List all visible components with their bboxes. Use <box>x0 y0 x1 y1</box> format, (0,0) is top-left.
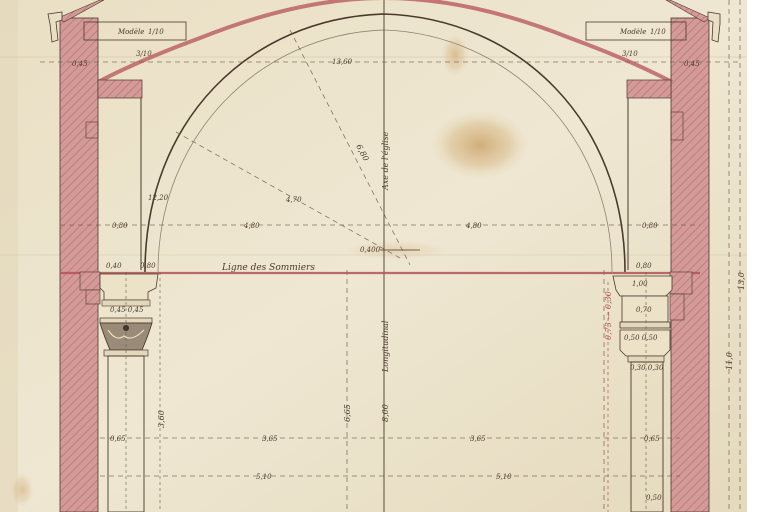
dim-span-top: 13,60 <box>332 58 353 66</box>
dim-half-span-left-a: 0,80 <box>112 222 128 230</box>
dim-capital-right-b: 0,70 <box>636 306 652 314</box>
dim-wall-top-left: 0,45 <box>72 60 88 68</box>
left-model-label: Modèle <box>117 28 144 36</box>
dim-capital-right-a: 1,00 <box>632 280 648 288</box>
section-drawing: Modèle 1/10 Modèle 1/10 3/10 3/10 0,45 0… <box>0 0 768 512</box>
dim-sommier-left: 0,80 <box>140 262 156 270</box>
dim-radius-mid: 4,70 <box>285 196 302 204</box>
dim-sommier-right: 0,80 <box>636 262 652 270</box>
dim-row1-right: 0,65 <box>644 435 660 443</box>
right-model-scale: 1/10 <box>650 28 666 36</box>
dim-bottom-right: 0,50 <box>646 494 662 502</box>
dim-slope-left: 3/10 <box>136 50 152 58</box>
dim-column-height-left: 3,60 <box>157 410 166 428</box>
dim-row1-mid-right: 3,65 <box>470 435 486 443</box>
dim-half-span-left-b: 4,80 <box>243 222 260 230</box>
dim-row1-left: 0,65 <box>110 435 126 443</box>
dim-row1-mid-left: 3,65 <box>262 435 278 443</box>
dim-right-margin-b: 11,0 <box>725 352 734 370</box>
dim-right-red-vertical: 0,73 — 0,30 <box>604 291 613 340</box>
water-stain <box>430 110 530 180</box>
right-haunch <box>627 80 671 98</box>
dim-half-span-right-a: 4,80 <box>465 222 482 230</box>
dim-sommier-left-b: 0,40 <box>106 262 122 270</box>
dim-row2-mid-left: 5,10 <box>256 473 272 481</box>
dim-right-margin-a: 13,0 <box>737 272 746 290</box>
scan-margin <box>747 0 768 512</box>
right-model-label: Modèle <box>619 28 646 36</box>
dim-slope-right: 3/10 <box>622 50 638 58</box>
dim-wall-top-right: 0,45 <box>684 60 700 68</box>
dim-axis-height: 8,00 <box>381 404 390 422</box>
axis-church-label: Axe de l'église <box>381 131 390 191</box>
dim-capital-right-d: 0,30 0,30 <box>630 364 664 372</box>
axis-longitudinal-label: Longitudinal <box>381 320 390 373</box>
left-model-scale: 1/10 <box>148 28 164 36</box>
dim-half-span-right-b: 0,80 <box>642 222 658 230</box>
springing-line-label: Ligne des Sommiers <box>221 263 315 273</box>
architectural-drawing-sheet: Modèle 1/10 Modèle 1/10 3/10 3/10 0,45 0… <box>0 0 768 512</box>
dim-col-mid: 6,65 <box>343 404 352 422</box>
dim-capital-left: 0,45 0,45 <box>110 306 144 314</box>
left-haunch <box>98 80 142 98</box>
left-wall-masonry <box>60 18 98 512</box>
dim-center-offset: 0,400 <box>360 246 381 254</box>
dim-row2-mid-right: 5,10 <box>496 473 512 481</box>
dim-capital-right-c: 0,50 0,50 <box>624 334 658 342</box>
dim-intrados-left: 12,20 <box>148 194 169 202</box>
